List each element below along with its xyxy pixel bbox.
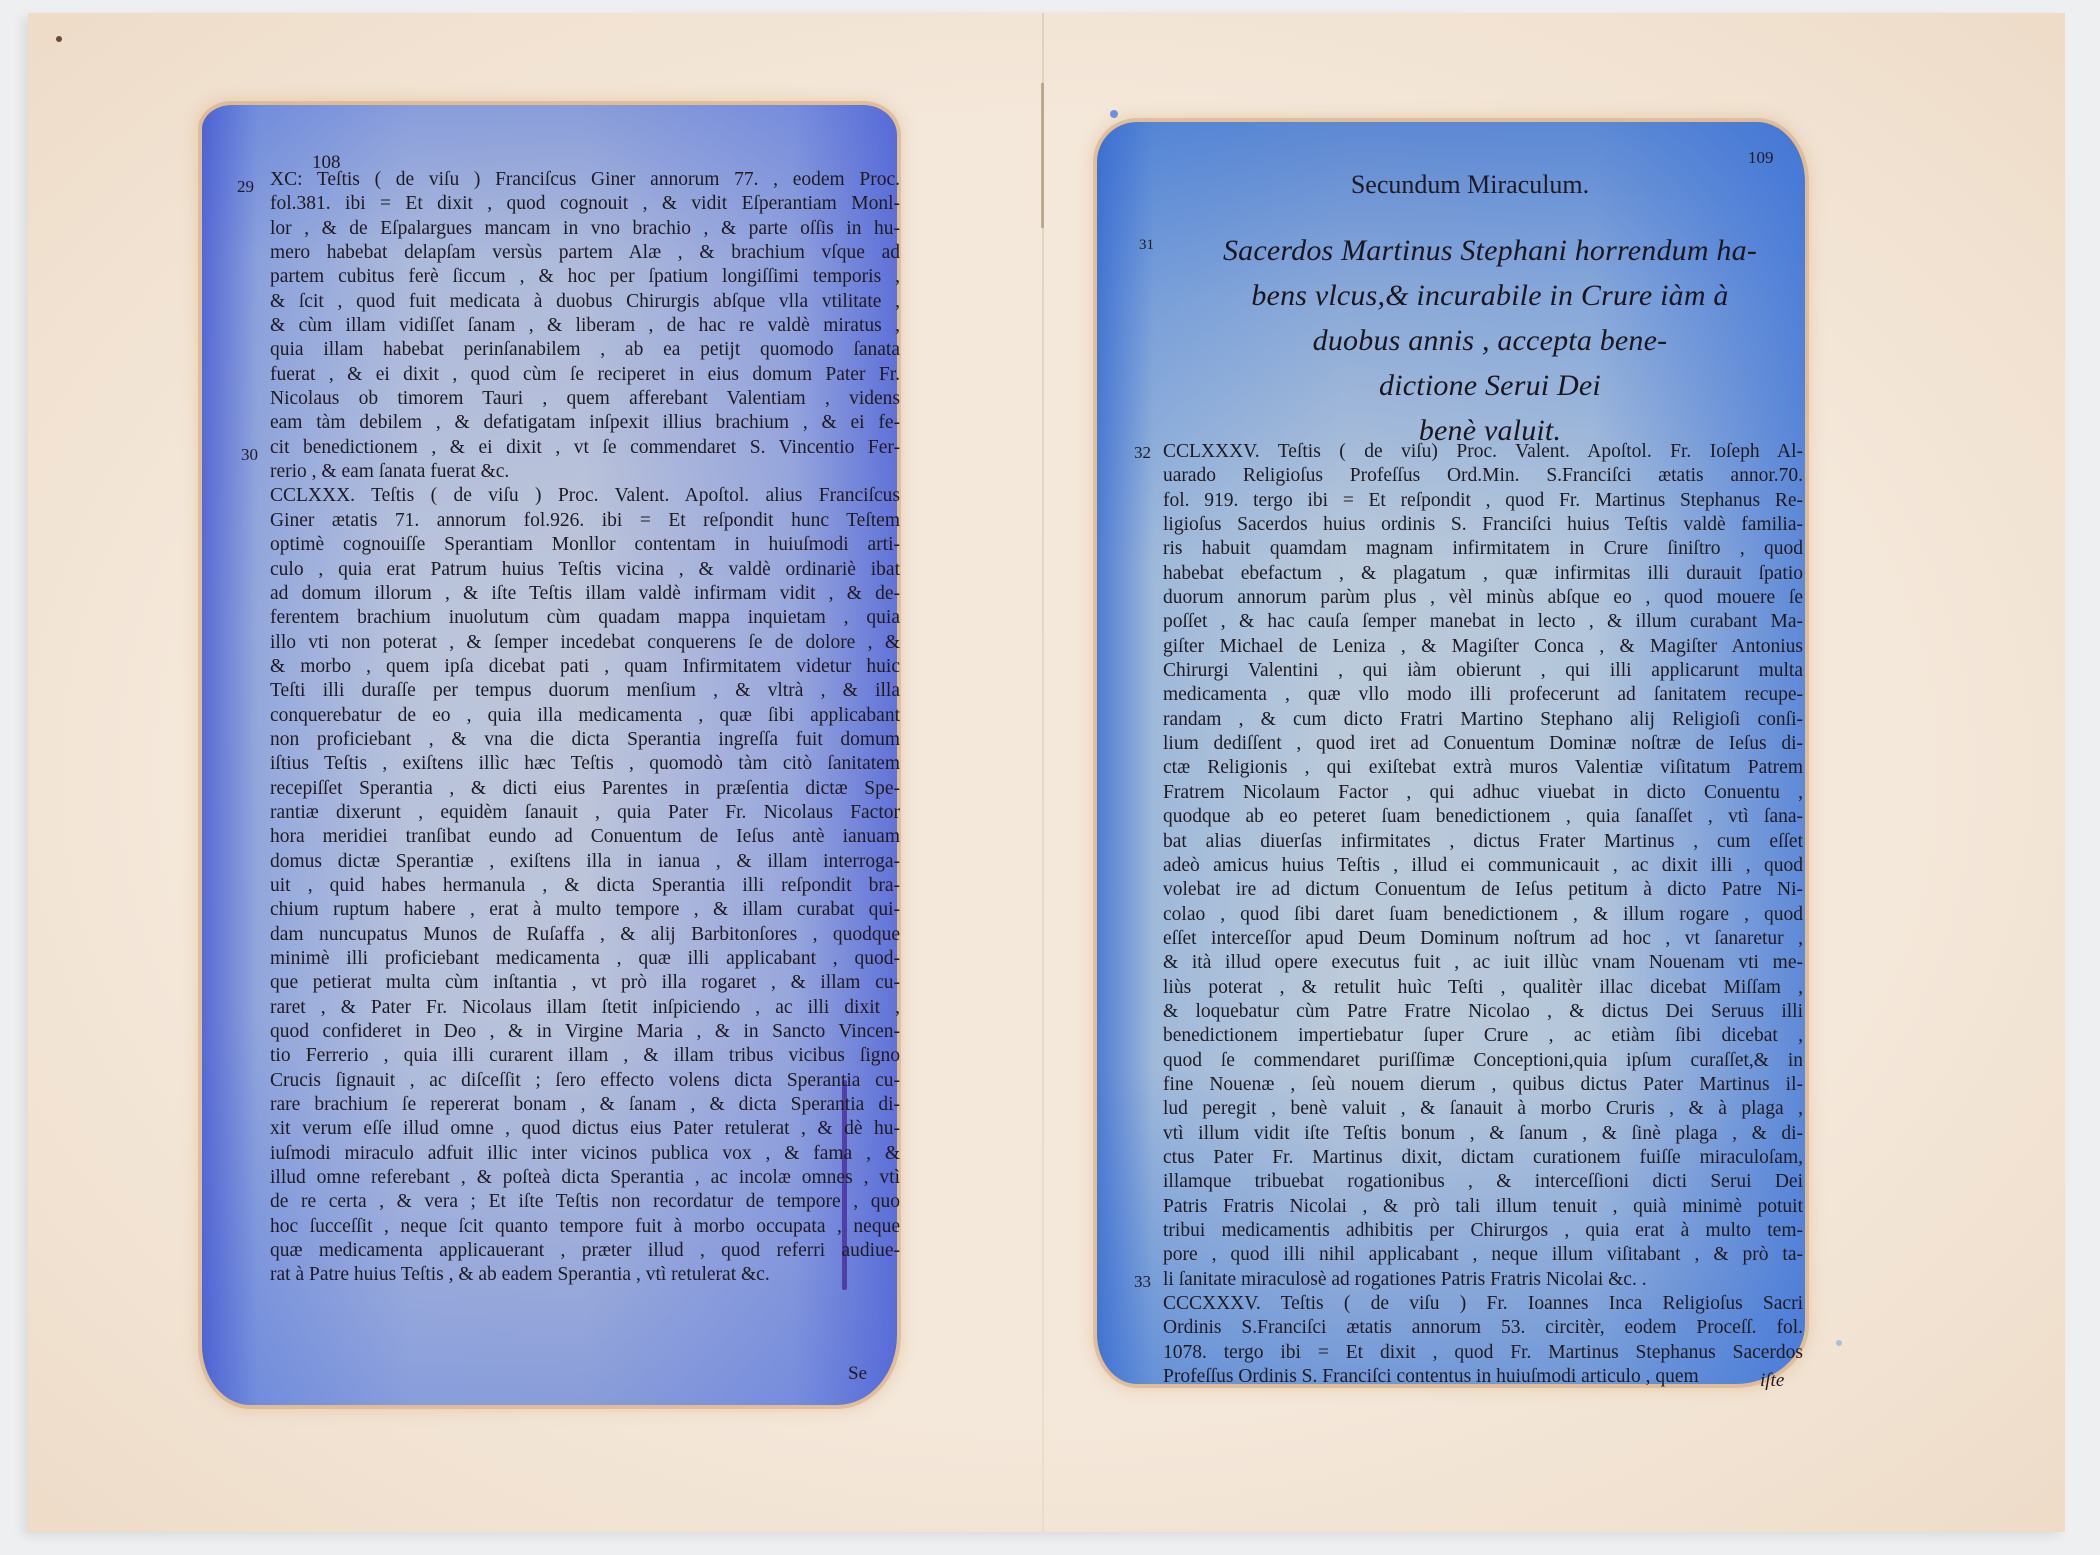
miracle-title: Sacerdos Martinus Stephani horrendum ha-… <box>1170 228 1810 453</box>
text-line: Profeſſus Ordinis S. Franciſci contentus… <box>1163 1365 1803 1389</box>
text-line: vtì illum vidit iſte Teſtis bonum , & ſa… <box>1163 1122 1803 1146</box>
text-line: rantiæ dixerunt , equidèm ſanauit , quia… <box>270 801 900 825</box>
text-line: ad domum illorum , & iſte Teſtis illam v… <box>270 582 900 606</box>
margin-number: 29 <box>237 177 254 197</box>
text-line: recepiſſet Sperantia , & dicti eius Pare… <box>270 777 900 801</box>
text-line: CCLXXX. Teſtis ( de viſu ) Proc. Valent.… <box>270 484 900 508</box>
text-line: de re certa , & vera ; Et iſte Teſtis no… <box>270 1190 900 1214</box>
text-line: domus dictæ Sperantiæ , exiſtens illa in… <box>270 850 900 874</box>
text-line: iſtius Teſtis , exiſtens illìc hæc Teſti… <box>270 752 900 776</box>
title-line: Sacerdos Martinus Stephani horrendum ha- <box>1170 228 1810 273</box>
text-line: minimè illi proficiebant medicamenta , q… <box>270 947 900 971</box>
text-line: & cùm illam vidiſſet ſanam , & liberam ,… <box>270 314 900 338</box>
blue-droplet <box>1110 110 1118 118</box>
blue-droplet <box>1836 1340 1842 1346</box>
text-line: rat à Patre huius Teſtis , & ab eadem Sp… <box>270 1263 900 1287</box>
margin-number: 31 <box>1139 237 1154 254</box>
text-line: illud omne referebant , & poſteà dicta S… <box>270 1166 900 1190</box>
catchword-left: Se <box>848 1363 867 1385</box>
text-line: liùs poterat , & retulit huìc Teſti , qu… <box>1163 976 1803 1000</box>
text-line: Patris Fratris Nicolai , & prò tali illu… <box>1163 1195 1803 1219</box>
text-line: & ſcit , quod fuit medicata à duobus Chi… <box>270 290 900 314</box>
margin-number: 30 <box>241 445 258 465</box>
page-number-right: 109 <box>1748 148 1774 168</box>
text-line: volebat ire ad dictum Conuentum de Ieſus… <box>1163 878 1803 902</box>
text-line: ligioſus Sacerdos huius ordinis S. Franc… <box>1163 513 1803 537</box>
title-line: dictione Serui Dei <box>1170 363 1810 408</box>
text-line: tio Ferrerio , quia illi curarent illam … <box>270 1044 900 1068</box>
text-line: habebat ebefactum , & plagatum , quæ inf… <box>1163 562 1803 586</box>
foxing-spot <box>56 36 62 42</box>
text-line: & morbo , quem ipſa dicebat pati , quam … <box>270 655 900 679</box>
text-line: culo , quia erat Patrum huius Teſtis vic… <box>270 558 900 582</box>
text-line: colao , quod ſibi daret ſuam benediction… <box>1163 903 1803 927</box>
text-line: conquerebatur de eo , quia illa medicame… <box>270 704 900 728</box>
title-line: duobus annis , accepta bene- <box>1170 318 1810 363</box>
margin-number: 33 <box>1134 1272 1151 1292</box>
text-line: chium ruptum habere , erat à multo tempo… <box>270 898 900 922</box>
text-line: ris habuit quamdam magnam infirmitatem i… <box>1163 537 1803 561</box>
text-line: Giner ætatis 71. annorum fol.926. ibi = … <box>270 509 900 533</box>
text-line: eſſet interceſſor apud Deum Dominum noſt… <box>1163 927 1803 951</box>
text-line: fol.381. ibi = Et dixit , quod cognouit … <box>270 192 900 216</box>
text-line: duorum annorum parùm plus , vèl minùs ab… <box>1163 586 1803 610</box>
text-line: randam , & cum dicto Fratri Martino Step… <box>1163 708 1803 732</box>
text-line: giſter Michael de Leniza , & Magiſter Co… <box>1163 635 1803 659</box>
text-line: pore , quod illi nihil applicabant , neq… <box>1163 1243 1803 1267</box>
text-line: fine Nouenæ , ſeù nouem dierum , quibus … <box>1163 1073 1803 1097</box>
text-line: CCCXXXV. Teſtis ( de viſu ) Fr. Ioannes … <box>1163 1292 1803 1316</box>
text-line: uit , quid habes hermanula , & dicta Spe… <box>270 874 900 898</box>
catchword-right: iſte <box>1760 1370 1784 1392</box>
text-line: quæ medicamenta applicauerant , præter i… <box>270 1239 900 1263</box>
text-line: illamque tribuebat rogationibus , & inte… <box>1163 1170 1803 1194</box>
right-page-text: CCLXXXV. Teſtis ( de viſu) Proc. Valent.… <box>1163 440 1803 1389</box>
text-line: XC: Teſtis ( de viſu ) Franciſcus Giner … <box>270 168 900 192</box>
text-line: fol. 919. tergo ibi = Et reſpondit , quo… <box>1163 489 1803 513</box>
text-line: hoc ſucceſſit , neque ſcit quanto tempor… <box>270 1215 900 1239</box>
fold-tear <box>1041 83 1044 228</box>
text-line: partem cubitus ferè ſiccum , & hoc per ſ… <box>270 265 900 289</box>
text-line: rerio , & eam ſanata fuerat &c. <box>270 460 900 484</box>
text-line: ctæ Religionis , qui exiſtebat extrà mur… <box>1163 756 1803 780</box>
text-line: medicamenta , quæ vllo modo illi profece… <box>1163 683 1803 707</box>
text-line: Nicolaus ob timorem Tauri , quem affereb… <box>270 387 900 411</box>
text-line: Crucis ſignauit , ac diſceſſit ; ſero ef… <box>270 1069 900 1093</box>
text-line: quodque ab eo peteret ſuam benedictionem… <box>1163 805 1803 829</box>
text-line: & ità illud opere executus fuit , ac iui… <box>1163 951 1803 975</box>
text-line: uarado Religioſus Profeſſus Ord.Min. S.F… <box>1163 464 1803 488</box>
text-line: hora meridiei tranſibat eundo ad Conuent… <box>270 825 900 849</box>
text-line: eam tàm debilem , & defatigatam inſpexit… <box>270 411 900 435</box>
left-page-text: XC: Teſtis ( de viſu ) Franciſcus Giner … <box>270 168 900 1288</box>
text-line: li ſanitate miraculosè ad rogationes Pat… <box>1163 1268 1803 1292</box>
section-heading: Secundum Miraculum. <box>1120 170 1820 200</box>
text-line: & loquebatur cùm Patre Fratre Nicolao , … <box>1163 1000 1803 1024</box>
text-line: fuerat , & ei dixit , quod cùm ſe recipe… <box>270 363 900 387</box>
text-line: raret , & Pater Fr. Nicolaus illam ſteti… <box>270 996 900 1020</box>
text-line: adeò amicus huius Teſtis , illud ei comm… <box>1163 854 1803 878</box>
text-line: benedictionem impertiebatur ſuper Crure … <box>1163 1024 1803 1048</box>
text-line: cit benedictionem , & ei dixit , vt ſe c… <box>270 436 900 460</box>
text-line: poſſet , & hac cauſa ſemper manebat in l… <box>1163 610 1803 634</box>
text-line: optimè cognouiſſe Sperantiam Monllor con… <box>270 533 900 557</box>
text-line: 1078. tergo ibi = Et dixit , quod Fr. Ma… <box>1163 1341 1803 1365</box>
text-line: mero habebat delapſam versùs partem Alæ … <box>270 241 900 265</box>
text-line: lud peregit , benè valuit , & ſanauit à … <box>1163 1097 1803 1121</box>
text-line: quia illam habebat perinſanabilem , ab e… <box>270 338 900 362</box>
text-line: xit verum eſſe illud omne , quod dictus … <box>270 1117 900 1141</box>
text-line: non proficiebant , & vna die dicta Spera… <box>270 728 900 752</box>
text-line: Fratrem Nicolaum Factor , qui adhuc viue… <box>1163 781 1803 805</box>
text-line: lium dediſſent , quod iret ad Conuentum … <box>1163 732 1803 756</box>
text-line: iuſmodi miraculo adfuit illic inter vici… <box>270 1142 900 1166</box>
title-line: bens vlcus,& incurabile in Crure iàm à <box>1170 273 1810 318</box>
text-line: ferentem brachium inuolutum cùm quadam m… <box>270 606 900 630</box>
text-line: rare brachium ſe repererat bonam , & ſan… <box>270 1093 900 1117</box>
text-line: ctus Pater Fr. Martinus dixit, dictam cu… <box>1163 1146 1803 1170</box>
text-line: Chirurgi Valentini , qui iàm obierunt , … <box>1163 659 1803 683</box>
text-line: Ordinis S.Franciſci ætatis annorum 53. c… <box>1163 1316 1803 1340</box>
text-line: Teſti illi duraſſe per tempus duorum men… <box>270 679 900 703</box>
text-line: quod confideret in Deo , & in Virgine Ma… <box>270 1020 900 1044</box>
text-line: lor , & de Eſpalargues mancam in vno bra… <box>270 217 900 241</box>
text-line: quod ſe commendaret puriſſimæ Conception… <box>1163 1049 1803 1073</box>
text-line: que petierat multa cùm inſtantia , vt pr… <box>270 971 900 995</box>
text-line: illo vti non poterat , & ſemper incedeba… <box>270 631 900 655</box>
text-line: bat alias diuerſas infirmitates , dictus… <box>1163 830 1803 854</box>
text-line: tribui medicamentis adhibitis per Chirur… <box>1163 1219 1803 1243</box>
text-line: dam nuncupatus Munos de Ruſaffa , & alij… <box>270 923 900 947</box>
text-line: CCLXXXV. Teſtis ( de viſu) Proc. Valent.… <box>1163 440 1803 464</box>
center-fold <box>1042 13 1044 1532</box>
margin-number: 32 <box>1134 443 1151 463</box>
